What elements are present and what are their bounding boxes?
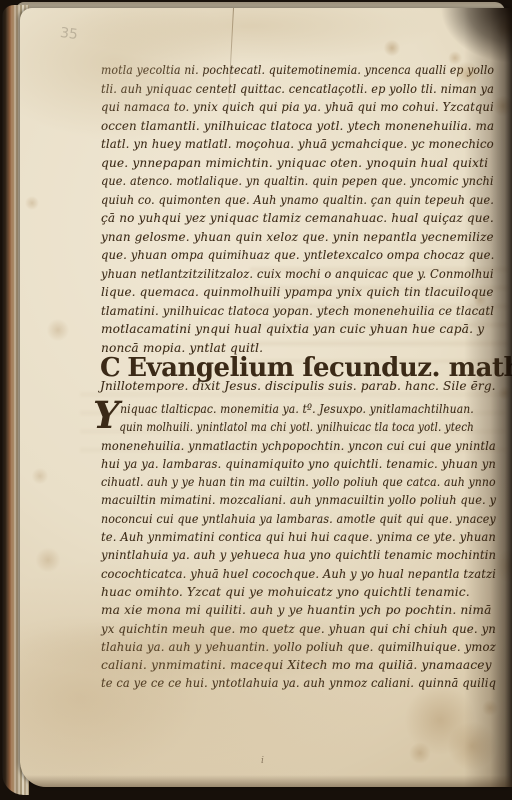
- manuscript-photo: 35 motla yecoltia ni. pochtecatl. quitem…: [0, 0, 512, 800]
- text-line: niquac tlalticpac. monemitia ya. tº. Jes…: [101, 400, 450, 418]
- text-line: ynan gelosme. yhuan quin xeloz que. ynin…: [101, 228, 485, 247]
- text-line: quin molhuili. ynintlatol ma chi yotl. y…: [101, 418, 435, 436]
- text-line: noconcui cui que yntlahuia ya lambaras. …: [101, 510, 460, 528]
- folio-number: 35: [59, 25, 79, 43]
- text-line: te ca ye ce ce hui. yntotlahuia ya. auh …: [101, 674, 471, 692]
- paragraph-1: motla yecoltia ni. pochtecatl. quitemoti…: [101, 61, 501, 357]
- page-bottom-shadow: [20, 775, 512, 787]
- text-line: tlatl. yn huey matlatl. moçohua. yhuā yc…: [101, 135, 479, 154]
- text-line: te. Auh ynmimatini contica qui hui hui c…: [101, 528, 474, 546]
- text-line: que. yhuan ompa quimihuaz que. yntletexc…: [101, 246, 474, 265]
- text-line: motla yecoltia ni. pochtecatl. quitemoti…: [101, 61, 453, 80]
- text-line: yhuan netlantzitzilitzaloz. cuix mochi o…: [101, 265, 468, 284]
- text-line: ma xie mona mi quiliti. auh y ye huantin…: [101, 601, 496, 619]
- gutter-shadow: [464, 8, 512, 787]
- text-line: hui ya ya. lambaras. quinamiquito yno qu…: [101, 455, 475, 473]
- text-line: tlamatini. ynilhuicac tlatoca yopan. yte…: [101, 302, 475, 321]
- text-line: cocochticatca. yhuā huel cocochque. Auh …: [101, 565, 473, 583]
- text-line: tlahuia ya. auh y yehuantin. yollo poliu…: [101, 638, 479, 656]
- text-line: caliani. ynmimatini. macequi Xitech mo m…: [101, 656, 496, 674]
- text-line: yx quichtin meuh que. mo quetz que. yhua…: [101, 620, 479, 638]
- bottom-ink-mark: i: [261, 756, 264, 766]
- paragraph-2: niquac tlalticpac. monemitia ya. tº. Jes…: [101, 400, 503, 693]
- manuscript-page: 35 motla yecoltia ni. pochtecatl. quitem…: [20, 8, 512, 787]
- text-line: lique. quemaca. quinmolhuili ypampa ynix…: [101, 283, 485, 302]
- text-line: huac omihto. Yzcat qui ye mohuicatz yno …: [101, 583, 496, 601]
- text-line: tli. auh yniquac centetl quittac. cencat…: [101, 80, 466, 99]
- text-line: motlacamatini ynqui hual quixtia yan cui…: [101, 320, 494, 339]
- text-line: que. atenco. motlalique. yn qualtin. qui…: [101, 172, 465, 191]
- corner-shadow: [416, 8, 512, 82]
- text-line: cihuatl. auh y ye huan tin ma cuiltin. y…: [101, 473, 455, 491]
- text-line: çā no yuhqui yez yniquac tlamiz cemanahu…: [101, 209, 490, 228]
- text-line: ynintlahuia ya. auh y yehueca hua yno qu…: [101, 546, 476, 564]
- text-line: que. ynnepapan mimichtin. yniquac oten. …: [101, 154, 494, 173]
- text-line: occen tlamantli. ynilhuicac tlatoca yotl…: [101, 117, 483, 136]
- text-line: monenehuilia. ynmatlactin ychpopochtin. …: [101, 437, 469, 455]
- text-line: qui namaca to. ynix quich qui pia ya. yh…: [101, 98, 474, 117]
- text-line: quiuh co. quimonten que. Auh ynamo qualt…: [101, 191, 464, 210]
- text-line: macuiltin mimatini. mozcaliani. auh ynma…: [101, 491, 469, 509]
- latin-incipit: Jnillotempore. dixit Jesus. discipulis s…: [100, 378, 498, 395]
